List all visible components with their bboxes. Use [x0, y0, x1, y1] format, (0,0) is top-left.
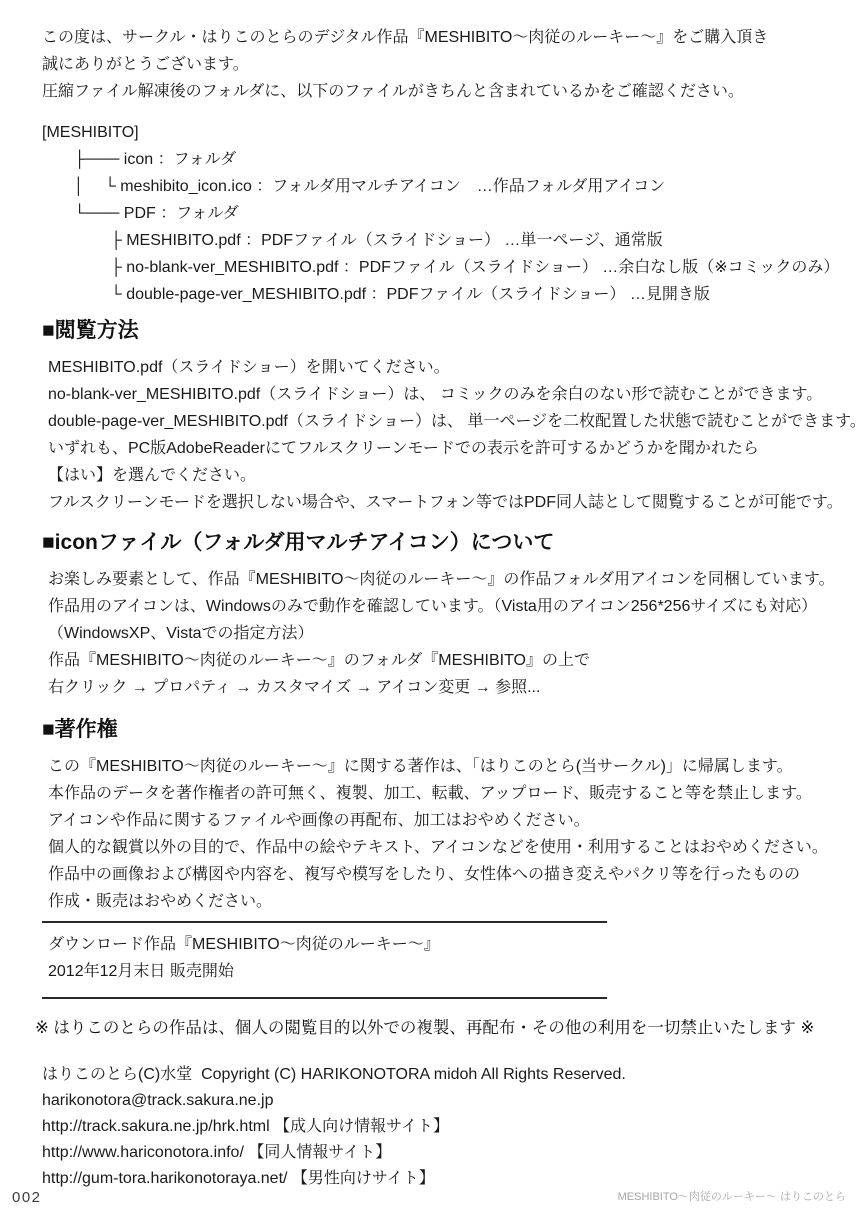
body-line: 個人的な観賞以外の目的で、作品中の絵やテキスト、アイコンなどを使用・利用すること… — [48, 834, 844, 861]
intro-paragraph: この度は、サークル・はりこのとらのデジタル作品『MESHIBITO～肉従のルーキ… — [42, 24, 844, 105]
running-title: MESHIBITO～肉従のルーキー～ はりこのとら — [618, 1188, 846, 1204]
body-line: 作品用のアイコンは、Windowsのみで動作を確認しています。（Vista用のア… — [48, 593, 844, 620]
file-tree-line: ├─── icon ：フォルダ — [42, 146, 844, 173]
file-tree-line: └─── PDF ：フォルダ — [42, 200, 844, 227]
release-title-line: ダウンロード作品『MESHIBITO～肉従のルーキー～』 — [48, 931, 844, 958]
body-line: 右クリック → プロパティ → カスタマイズ → アイコン変更 → 参照... — [48, 674, 844, 701]
intro-line: 圧縮ファイル解凍後のフォルダに、以下のファイルがきちんと含まれているかをご確認く… — [42, 78, 844, 105]
section-body: この『MESHIBITO～肉従のルーキー～』に関する著作は、「はりこのとら(当サ… — [42, 753, 844, 915]
body-line: いずれも、PC版AdobeReaderにてフルスクリーンモードでの表示を許可する… — [48, 435, 844, 462]
section-heading: ■閲覧方法 — [42, 316, 844, 346]
section-heading: ■著作権 — [42, 715, 844, 745]
usage-prohibition-notice: ※ はりこのとらの作品は、個人の閲覧目的以外での複製、再配布・その他の利用を一切… — [35, 1015, 844, 1042]
copyright-line: はりこのとら(C)水堂 Copyright (C) HARIKONOTORA m… — [42, 1062, 844, 1088]
readme-document: この度は、サークル・はりこのとらのデジタル作品『MESHIBITO～肉従のルーキ… — [0, 0, 860, 1214]
section-body: お楽しみ要素として、作品『MESHIBITO～肉従のルーキー～』の作品フォルダ用… — [42, 566, 844, 701]
section-icon-file: ■iconファイル（フォルダ用マルチアイコン）について お楽しみ要素として、作品… — [42, 528, 844, 701]
intro-line: この度は、サークル・はりこのとらのデジタル作品『MESHIBITO～肉従のルーキ… — [42, 24, 844, 51]
file-tree-line: │ └ meshibito_icon.ico ：フォルダ用マルチアイコン …作品… — [42, 173, 844, 200]
body-line: 【はい】を選んでください。 — [48, 462, 844, 489]
section-viewing-instructions: ■閲覧方法 MESHIBITO.pdf（スライドショー）を開いてください。 no… — [42, 316, 844, 516]
email-line: harikonotora@track.sakura.ne.jp — [42, 1088, 844, 1114]
url-doujin-info-site: http://www.hariconotora.info/ 【同人情報サイト】 — [42, 1140, 844, 1166]
file-tree-line: └ double-page-ver_MESHIBITO.pdf ：PDFファイル… — [42, 281, 844, 308]
section-copyright: ■著作権 この『MESHIBITO～肉従のルーキー～』に関する著作は、「はりこの… — [42, 715, 844, 915]
file-tree-line: ├ MESHIBITO.pdf ：PDFファイル（スライドショー） …単一ページ… — [42, 227, 844, 254]
body-line: フルスクリーンモードを選択しない場合や、スマートフォン等ではPDF同人誌として閲… — [48, 489, 844, 516]
file-tree: [MESHIBITO] ├─── icon ：フォルダ │ └ meshibit… — [42, 119, 844, 308]
body-line: no-blank-ver_MESHIBITO.pdf（スライドショー）は、 コミ… — [48, 381, 844, 408]
file-tree-root: [MESHIBITO] — [42, 119, 844, 146]
release-date-line: 2012年12月末日 販売開始 — [48, 958, 844, 985]
body-line: 本作品のデータを著作権者の許可無く、複製、加工、転載、アップロード、販売すること… — [48, 780, 844, 807]
body-line: アイコンや作品に関するファイルや画像の再配布、加工はおやめください。 — [48, 807, 844, 834]
body-line: この『MESHIBITO～肉従のルーキー～』に関する著作は、「はりこのとら(当サ… — [48, 753, 844, 780]
body-line: double-page-ver_MESHIBITO.pdf（スライドショー）は、… — [48, 408, 844, 435]
intro-line: 誠にありがとうございます。 — [42, 51, 844, 78]
file-tree-line: ├ no-blank-ver_MESHIBITO.pdf ：PDFファイル（スラ… — [42, 254, 844, 281]
body-line: 作品『MESHIBITO～肉従のルーキー～』のフォルダ『MESHIBITO』の上… — [48, 647, 844, 674]
section-heading: ■iconファイル（フォルダ用マルチアイコン）について — [42, 528, 844, 558]
credits-block: はりこのとら(C)水堂 Copyright (C) HARIKONOTORA m… — [42, 1062, 844, 1192]
body-line: MESHIBITO.pdf（スライドショー）を開いてください。 — [48, 354, 844, 381]
url-adult-info-site: http://track.sakura.ne.jp/hrk.html 【成人向け… — [42, 1114, 844, 1140]
section-body: MESHIBITO.pdf（スライドショー）を開いてください。 no-blank… — [42, 354, 844, 516]
body-line: 作成・販売はおやめください。 — [48, 888, 844, 915]
body-line: 作品中の画像および構図や内容を、複写や模写をしたり、女性体への描き変えやパクリ等… — [48, 861, 844, 888]
divider-line-bottom — [42, 997, 607, 999]
body-line: （WindowsXP、Vistaでの指定方法） — [48, 620, 844, 647]
body-line: お楽しみ要素として、作品『MESHIBITO～肉従のルーキー～』の作品フォルダ用… — [48, 566, 844, 593]
release-info: ダウンロード作品『MESHIBITO～肉従のルーキー～』 2012年12月末日 … — [42, 923, 844, 991]
document-content: この度は、サークル・はりこのとらのデジタル作品『MESHIBITO～肉従のルーキ… — [0, 0, 860, 1192]
page-number: 002 — [12, 1189, 42, 1206]
